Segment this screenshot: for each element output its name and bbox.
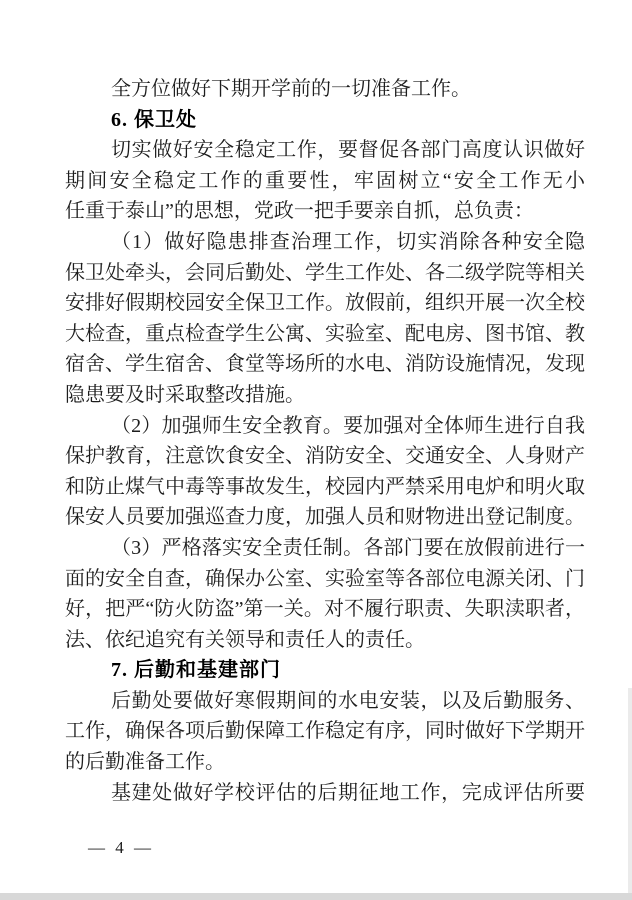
- text-line: 的后勤准备工作。: [65, 747, 585, 778]
- text-line: 期间安全稳定工作的重要性，牢固树立“安全工作无小事”和“责: [65, 166, 585, 197]
- text-line: 全方位做好下期开学前的一切准备工作。: [65, 74, 585, 105]
- text-line: 和防止煤气中毒等事故发生，校园内严禁采用电炉和明火取暖；: [65, 472, 585, 503]
- text-line: 基建处做好学校评估的后期征地工作，完成评估所要求的所: [65, 778, 585, 809]
- document-page: 全方位做好下期开学前的一切准备工作。6. 保卫处切实做好安全稳定工作，要督促各部…: [0, 0, 632, 900]
- text-line: 切实做好安全稳定工作，要督促各部门高度认识做好节假日: [65, 135, 585, 166]
- text-line: 好，把严“防火防盗”第一关。对不履行职责、失职渎职者，依: [65, 594, 585, 625]
- text-line: 面的安全自查，确保办公室、实验室等各部位电源关闭、门窗锁: [65, 564, 585, 595]
- text-line: （1）做好隐患排查治理工作，切实消除各种安全隐患。由: [65, 227, 585, 258]
- section-heading: 7. 后勤和基建部门: [65, 655, 585, 686]
- text-line: 后勤处要做好寒假期间的水电安装，以及后勤服务、维修等: [65, 686, 585, 717]
- text-line: （3）严格落实安全责任制。各部门要在放假前进行一次全: [65, 533, 585, 564]
- page-edge-bottom: [0, 893, 632, 900]
- text-line: 保安人员要加强巡查力度，加强人员和财物进出登记制度。: [65, 502, 585, 533]
- text-line: 保卫处牵头，会同后勤处、学生工作处、各二级学院等相关部门: [65, 258, 585, 289]
- text-line: （2）加强师生安全教育。要加强对全体师生进行自我安全: [65, 411, 585, 442]
- section-heading: 6. 保卫处: [65, 105, 585, 136]
- text-line: 宿舍、学生宿舍、食堂等场所的水电、消防设施情况，发现安全: [65, 349, 585, 380]
- text-line: 法、依纪追究有关领导和责任人的责任。: [65, 625, 585, 656]
- text-line: 大检查，重点检查学生公寓、实验室、配电房、图书馆、教职工: [65, 319, 585, 350]
- document-body: 全方位做好下期开学前的一切准备工作。6. 保卫处切实做好安全稳定工作，要督促各部…: [65, 74, 585, 808]
- text-line: 隐患要及时采取整改措施。: [65, 380, 585, 411]
- text-line: 保护教育，注意饮食安全、消防安全、交通安全、人身财产安全: [65, 441, 585, 472]
- text-line: 任重于泰山”的思想，党政一把手要亲自抓，总负责：: [65, 196, 585, 227]
- page-edge-right: [628, 688, 632, 893]
- page-number: — 4 —: [88, 838, 154, 858]
- text-line: 安排好假期校园安全保卫工作。放假前，组织开展一次全校安全: [65, 288, 585, 319]
- text-line: 工作，确保各项后勤保障工作稳定有序，同时做好下学期开学前: [65, 716, 585, 747]
